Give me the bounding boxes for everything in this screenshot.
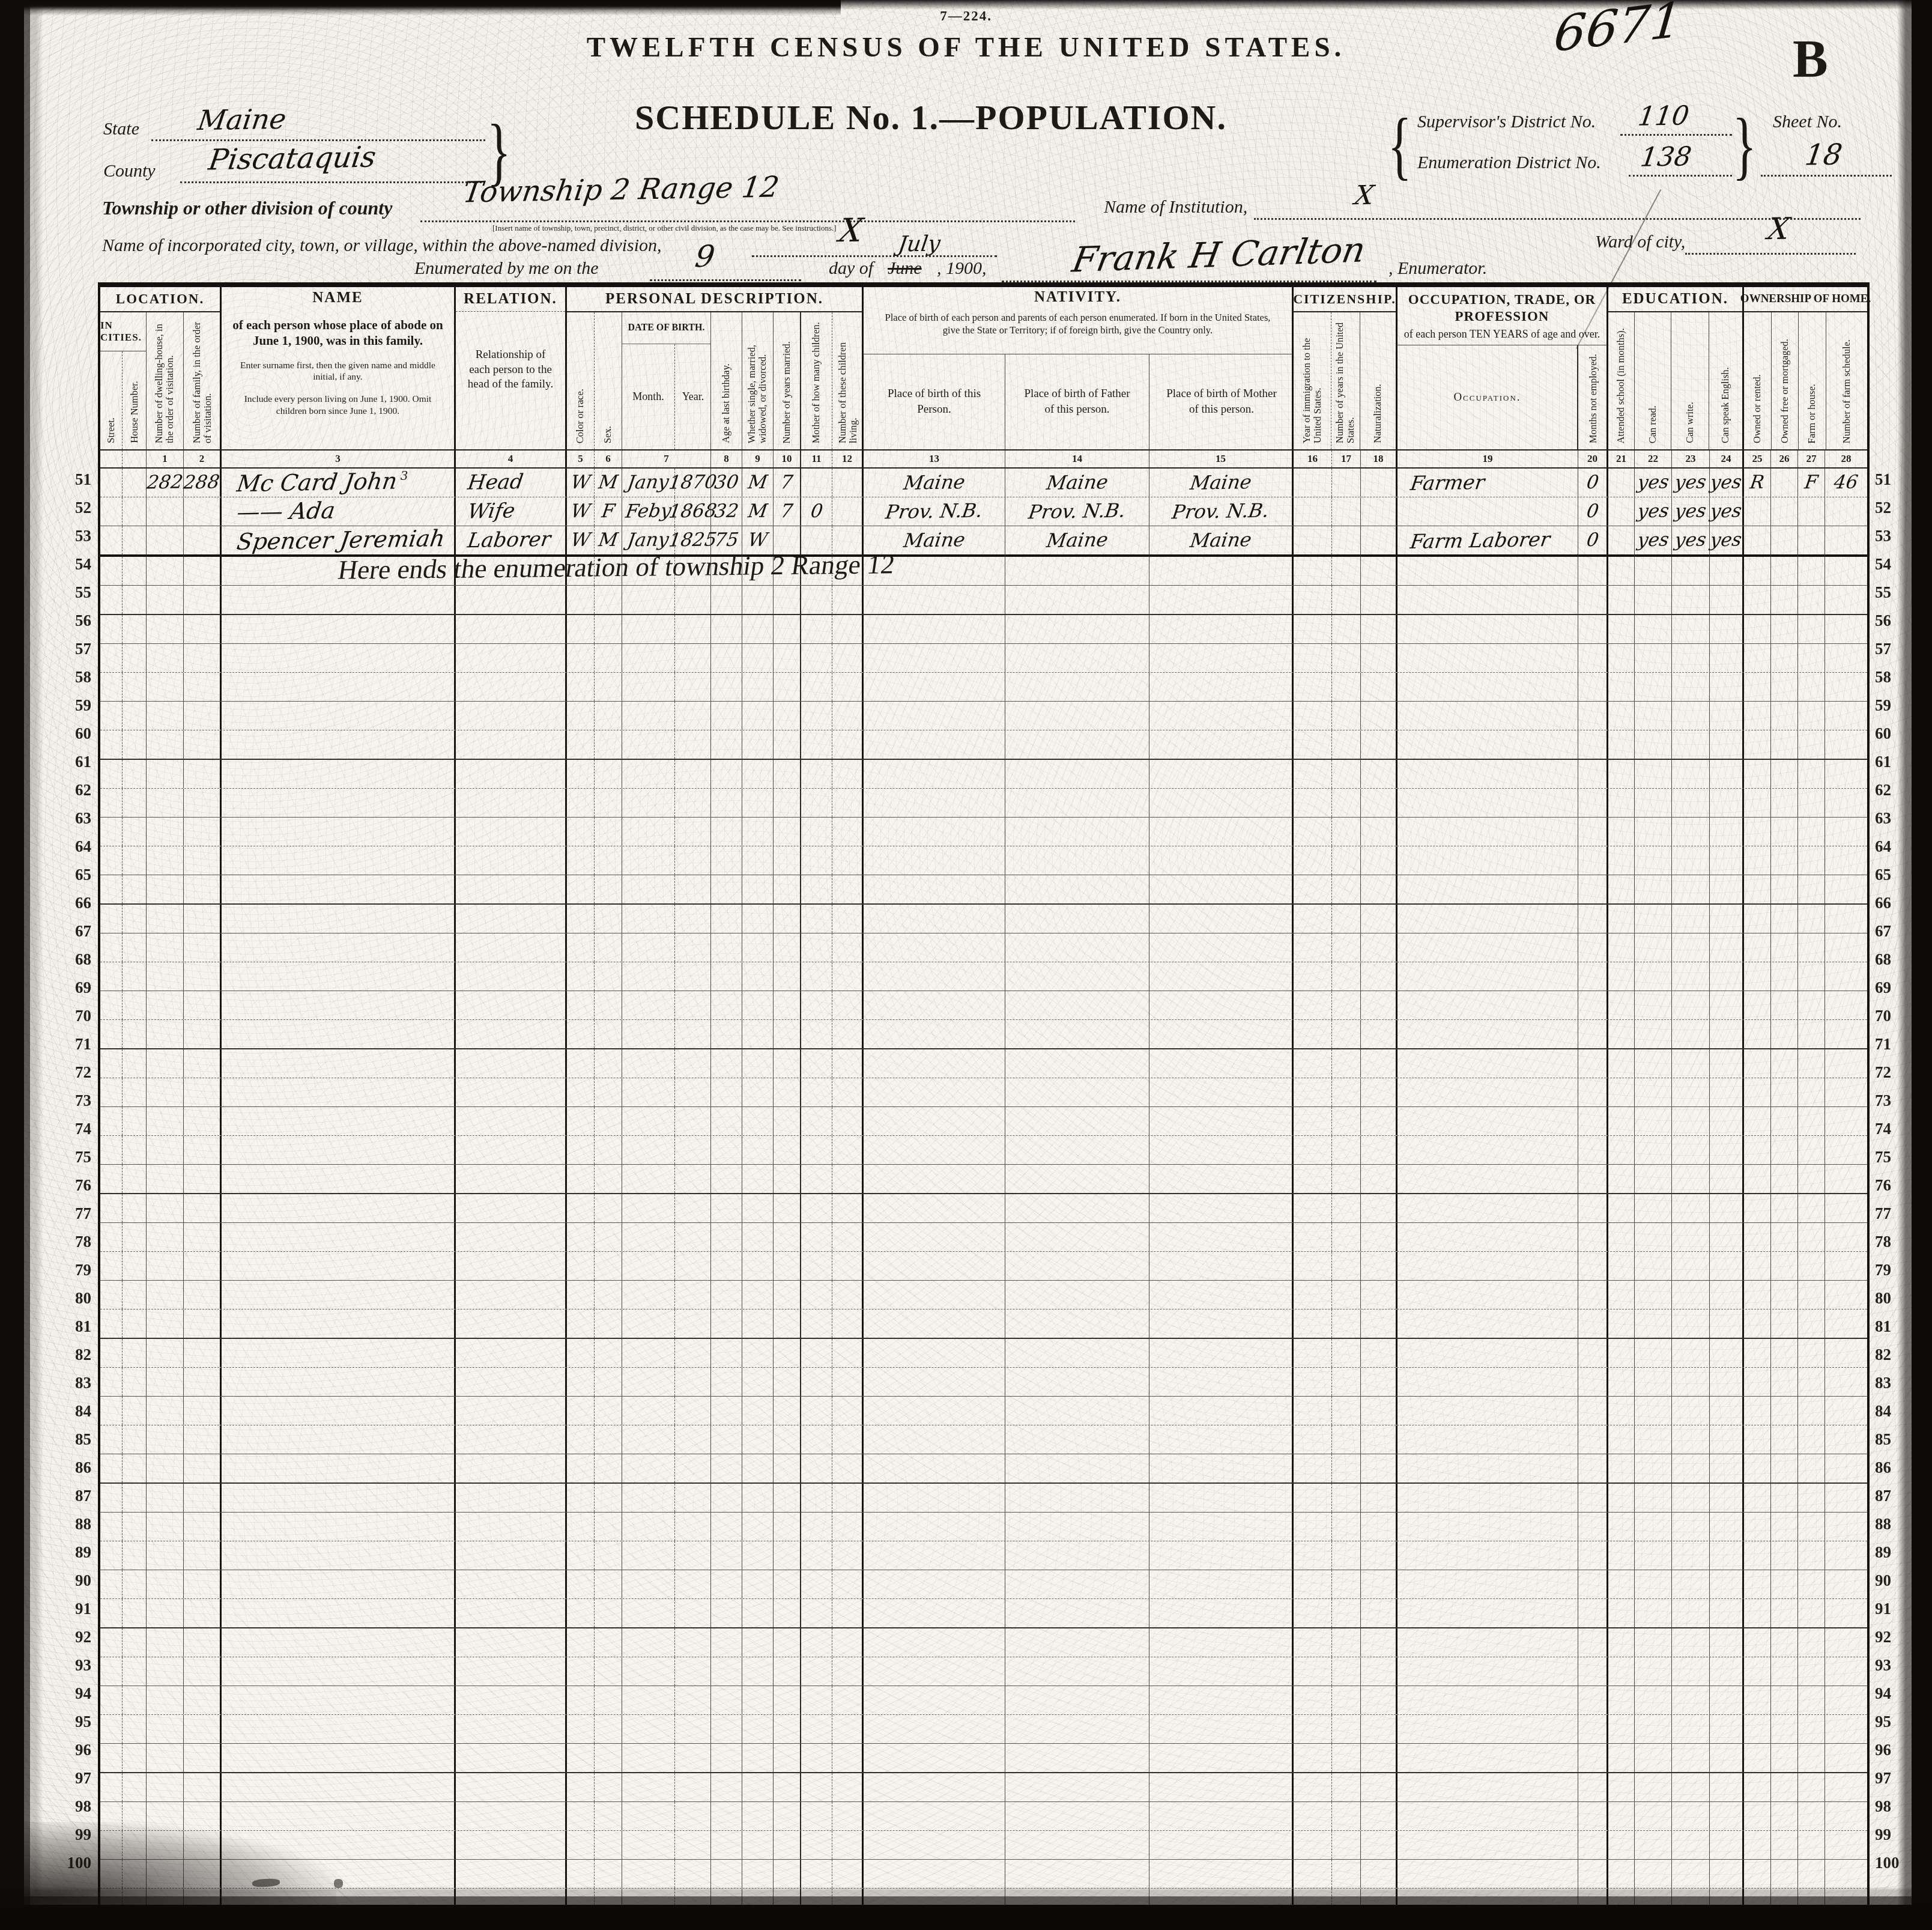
cell-read <box>1635 1136 1672 1164</box>
cell-marital <box>742 846 774 875</box>
line-number: 69 <box>1875 974 1906 1002</box>
table-row <box>100 1802 1867 1831</box>
cell-owned <box>1744 730 1771 759</box>
cell-mortgage <box>1771 1715 1798 1743</box>
line-number: 54 <box>1875 550 1906 578</box>
cell-years_us <box>1332 586 1361 614</box>
col-head-owned-free: Owned free or mortgaged. <box>1772 312 1799 449</box>
cell-name <box>222 1657 456 1686</box>
cell-year <box>675 1889 711 1917</box>
cell-birthplace <box>864 1513 1005 1541</box>
cell-family <box>184 1860 222 1888</box>
table-row <box>100 673 1867 702</box>
line-number: 98 <box>47 1792 91 1821</box>
cell-name <box>222 1454 456 1482</box>
cell-color <box>567 875 595 903</box>
cell-farm_house <box>1798 1252 1825 1280</box>
cell-naturalization <box>1361 1397 1398 1425</box>
cell-sex <box>595 905 622 933</box>
cell-age <box>711 1773 742 1801</box>
cell-family <box>184 1078 222 1106</box>
cell-mortgage <box>1771 1078 1798 1106</box>
location-title: LOCATION. <box>100 287 220 312</box>
col-head-naturalization: Naturalization. <box>1360 312 1396 449</box>
cell-sex <box>595 1657 622 1686</box>
line-number: 67 <box>47 917 91 945</box>
sheet-line <box>1761 174 1892 177</box>
col-head-street: Street. <box>100 351 123 449</box>
cell-years_married <box>774 1454 801 1482</box>
cell-year <box>675 673 711 701</box>
cell-house <box>123 526 147 554</box>
cell-read <box>1635 846 1672 875</box>
line-number: 79 <box>1875 1256 1906 1284</box>
cell-sex <box>595 1368 622 1396</box>
cell-mother_bp <box>1149 1165 1294 1193</box>
cell-owned <box>1744 1078 1771 1106</box>
cell-occupation: Farm Laborer <box>1398 526 1578 554</box>
cell-father_bp <box>1005 1078 1149 1106</box>
line-number: 59 <box>47 691 91 720</box>
cell-occupation <box>1398 1165 1578 1193</box>
cell-year_imm <box>1294 1223 1332 1251</box>
cell-marital <box>742 1657 774 1686</box>
col-head-family: Number of family, in the order of visita… <box>184 312 222 449</box>
enumerated-day: 9 <box>693 239 717 275</box>
cell-write <box>1672 1802 1710 1830</box>
cell-dwelling <box>147 1599 184 1627</box>
cell-month <box>622 1309 675 1338</box>
cell-owned <box>1744 1281 1771 1309</box>
cell-owned <box>1744 1889 1771 1917</box>
cell-read <box>1635 1049 1672 1078</box>
cell-mother_bp <box>1149 644 1294 672</box>
table-row <box>100 789 1867 818</box>
cell-year <box>675 1223 711 1251</box>
cell-months_not <box>1578 1368 1608 1396</box>
cell-year_imm <box>1294 1744 1332 1772</box>
cell-owned <box>1744 1860 1771 1888</box>
column-number: 11 <box>801 451 832 467</box>
cell-relation <box>456 702 567 730</box>
column-number: 7 <box>622 451 711 467</box>
cell-relation <box>456 1570 567 1598</box>
cell-occupation <box>1398 1484 1578 1512</box>
cell-children <box>801 818 832 846</box>
cell-birthplace <box>864 1541 1005 1570</box>
cell-birthplace <box>864 1020 1005 1048</box>
cell-mortgage <box>1771 557 1798 585</box>
cell-name <box>222 962 456 991</box>
cell-father_bp <box>1005 1368 1149 1396</box>
cell-farm_house: F <box>1798 469 1825 497</box>
cell-father_bp <box>1005 673 1149 701</box>
cell-year <box>675 1281 711 1309</box>
cell-relation <box>456 1773 567 1801</box>
cell-sex <box>595 991 622 1019</box>
cell-mother_bp <box>1149 1541 1294 1570</box>
line-number: 86 <box>47 1454 91 1482</box>
cell-school <box>1608 1339 1635 1367</box>
cell-mother_bp <box>1149 1831 1294 1859</box>
cell-month <box>622 586 675 614</box>
cell-sex <box>595 1599 622 1627</box>
cell-mother_bp <box>1149 1049 1294 1078</box>
cell-street <box>100 1136 123 1164</box>
line-number: 88 <box>1875 1510 1906 1538</box>
cell-street <box>100 1223 123 1251</box>
cell-english <box>1710 1397 1744 1425</box>
cell-farm_house <box>1798 846 1825 875</box>
cell-house <box>123 557 147 585</box>
cell-schedule <box>1825 1049 1867 1078</box>
cell-house <box>123 1570 147 1598</box>
col-head-owned-rented: Owned or rented. <box>1744 312 1772 449</box>
cell-month <box>622 1570 675 1598</box>
table-row <box>100 1281 1867 1309</box>
table-row <box>100 875 1867 905</box>
cell-birthplace <box>864 644 1005 672</box>
cell-write <box>1672 760 1710 788</box>
cell-name <box>222 1715 456 1743</box>
cell-marital <box>742 789 774 817</box>
cell-occupation <box>1398 1744 1578 1772</box>
cell-mother_bp <box>1149 933 1294 962</box>
cell-street <box>100 644 123 672</box>
cell-months_not <box>1578 1136 1608 1164</box>
cell-months_not <box>1578 1802 1608 1830</box>
cell-school <box>1608 1715 1635 1743</box>
cell-owned <box>1744 1397 1771 1425</box>
cell-owned <box>1744 1541 1771 1570</box>
group-nativity: NATIVITY. Place of birth of each person … <box>864 287 1294 449</box>
cell-sex <box>595 1802 622 1830</box>
cell-marital <box>742 1686 774 1714</box>
cell-years_married <box>774 1281 801 1309</box>
cell-write <box>1672 905 1710 933</box>
cell-dwelling <box>147 1686 184 1714</box>
cell-occupation <box>1398 1657 1578 1686</box>
cell-month <box>622 1078 675 1106</box>
cell-children <box>801 1309 832 1338</box>
cell-living <box>832 1309 864 1338</box>
cell-dwelling <box>147 1136 184 1164</box>
cell-house <box>123 1773 147 1801</box>
cell-age <box>711 1802 742 1830</box>
cell-street <box>100 1281 123 1309</box>
cell-school <box>1608 1078 1635 1106</box>
cell-relation <box>456 1628 567 1657</box>
cell-family <box>184 1628 222 1657</box>
cell-year_imm <box>1294 933 1332 962</box>
cell-read <box>1635 644 1672 672</box>
cell-house <box>123 1599 147 1627</box>
cell-month <box>622 1541 675 1570</box>
cell-school <box>1608 1281 1635 1309</box>
cell-year <box>675 1107 711 1135</box>
cell-living <box>832 1513 864 1541</box>
cell-children <box>801 789 832 817</box>
cell-age <box>711 1599 742 1627</box>
cell-school <box>1608 933 1635 962</box>
cell-house <box>123 730 147 759</box>
cell-years_us <box>1332 1513 1361 1541</box>
cell-mother_bp <box>1149 1484 1294 1512</box>
cell-children <box>801 1686 832 1714</box>
cell-children <box>801 673 832 701</box>
cell-sex <box>595 1831 622 1859</box>
cell-schedule <box>1825 1281 1867 1309</box>
cell-color <box>567 1570 595 1598</box>
cell-farm_house <box>1798 1194 1825 1222</box>
col-head-color: Color or race. <box>567 312 595 449</box>
cell-relation <box>456 1831 567 1859</box>
cell-family <box>184 962 222 991</box>
cell-write <box>1672 702 1710 730</box>
cell-naturalization <box>1361 933 1398 962</box>
cell-months_not <box>1578 1541 1608 1570</box>
cell-living <box>832 1165 864 1193</box>
cell-dwelling <box>147 789 184 817</box>
cell-schedule <box>1825 702 1867 730</box>
cell-years_married <box>774 1049 801 1078</box>
cell-months_not <box>1578 1165 1608 1193</box>
cell-marital <box>742 1252 774 1280</box>
cell-birthplace <box>864 962 1005 991</box>
cell-write <box>1672 1628 1710 1657</box>
table-row <box>100 1715 1867 1744</box>
cell-color <box>567 933 595 962</box>
cell-age <box>711 1107 742 1135</box>
cell-naturalization <box>1361 1165 1398 1193</box>
cell-father_bp <box>1005 818 1149 846</box>
cell-color <box>567 1165 595 1193</box>
cell-father_bp <box>1005 1425 1149 1454</box>
col-head-father-birthplace: Place of birth of Father of this person. <box>1005 354 1149 449</box>
line-number: 95 <box>1875 1708 1906 1736</box>
enumerator-label: , Enumerator. <box>1388 258 1487 279</box>
column-number: 6 <box>595 451 622 467</box>
cell-name <box>222 1744 456 1772</box>
cell-years_married <box>774 1020 801 1048</box>
cell-father_bp <box>1005 1136 1149 1164</box>
cell-age <box>711 1223 742 1251</box>
cell-sex <box>595 1773 622 1801</box>
table-row <box>100 586 1867 615</box>
cell-english <box>1710 760 1744 788</box>
cell-schedule <box>1825 1223 1867 1251</box>
cell-birthplace <box>864 1252 1005 1280</box>
cell-naturalization <box>1361 1802 1398 1830</box>
line-number: 57 <box>47 635 91 663</box>
cell-schedule <box>1825 1744 1867 1772</box>
cell-mother_bp <box>1149 1368 1294 1396</box>
cell-naturalization <box>1361 818 1398 846</box>
cell-mortgage <box>1771 469 1798 497</box>
dob-title: DATE OF BIRTH. <box>622 312 710 344</box>
cell-schedule <box>1825 1136 1867 1164</box>
cell-months_not <box>1578 1194 1608 1222</box>
cell-age <box>711 962 742 991</box>
cell-house <box>123 1715 147 1743</box>
column-number: 10 <box>774 451 801 467</box>
cell-school <box>1608 730 1635 759</box>
ward-line <box>1685 252 1856 255</box>
cell-years_married <box>774 1425 801 1454</box>
cell-relation <box>456 730 567 759</box>
cell-year_imm <box>1294 1831 1332 1859</box>
cell-sex <box>595 789 622 817</box>
cell-english <box>1710 1136 1744 1164</box>
line-number: 91 <box>1875 1595 1906 1623</box>
cell-age <box>711 1049 742 1078</box>
cell-english <box>1710 1223 1744 1251</box>
cell-years_married <box>774 1165 801 1193</box>
cell-years_married <box>774 1860 801 1888</box>
cell-month <box>622 1484 675 1512</box>
cell-living <box>832 1744 864 1772</box>
line-number: 93 <box>1875 1651 1906 1680</box>
line-number: 75 <box>1875 1143 1906 1171</box>
cell-months_not <box>1578 1657 1608 1686</box>
cell-write <box>1672 1570 1710 1598</box>
cell-children <box>801 1570 832 1598</box>
cell-year <box>675 789 711 817</box>
line-number: 71 <box>1875 1030 1906 1058</box>
name-main-text: of each person whose place of abode on J… <box>231 317 444 349</box>
cell-year <box>675 962 711 991</box>
cell-farm_house <box>1798 991 1825 1019</box>
line-number: 77 <box>47 1200 91 1228</box>
cell-year <box>675 1657 711 1686</box>
cell-year <box>675 1802 711 1830</box>
cell-color <box>567 586 595 614</box>
cell-mortgage <box>1771 1628 1798 1657</box>
cell-months_not <box>1578 991 1608 1019</box>
column-number: 26 <box>1771 451 1798 467</box>
cell-naturalization <box>1361 673 1398 701</box>
cell-street <box>100 1570 123 1598</box>
cell-color <box>567 1397 595 1425</box>
col-head-years-married: Number of years married. <box>774 312 801 449</box>
cell-children <box>801 1194 832 1222</box>
line-number: 88 <box>47 1510 91 1538</box>
column-number: 3 <box>222 451 456 467</box>
cell-sex <box>595 875 622 903</box>
cell-farm_house <box>1798 644 1825 672</box>
cell-house <box>123 846 147 875</box>
cell-relation <box>456 962 567 991</box>
table-row <box>100 615 1867 644</box>
cell-years_us <box>1332 702 1361 730</box>
cell-family <box>184 1513 222 1541</box>
cell-english <box>1710 1020 1744 1048</box>
cell-birthplace <box>864 846 1005 875</box>
cell-father_bp <box>1005 1397 1149 1425</box>
cell-children <box>801 1425 832 1454</box>
cell-children <box>801 1454 832 1482</box>
col-head-can-read: Can read. <box>1635 312 1671 449</box>
cell-farm_house <box>1798 1309 1825 1338</box>
cell-age <box>711 1889 742 1917</box>
cell-living <box>832 586 864 614</box>
cell-english <box>1710 673 1744 701</box>
cell-mortgage <box>1771 1107 1798 1135</box>
cell-school <box>1608 1136 1635 1164</box>
line-number: 73 <box>47 1087 91 1115</box>
col-head-immigration-year: Year of immigration to the United States… <box>1294 312 1331 449</box>
cell-occupation <box>1398 1020 1578 1048</box>
cell-birthplace <box>864 1165 1005 1193</box>
cell-street <box>100 1049 123 1078</box>
cell-color <box>567 1802 595 1830</box>
cell-father_bp <box>1005 557 1149 585</box>
cell-naturalization <box>1361 1541 1398 1570</box>
line-number: 89 <box>1875 1538 1906 1567</box>
cell-living <box>832 875 864 903</box>
cell-english <box>1710 1281 1744 1309</box>
cell-write <box>1672 991 1710 1019</box>
cell-year_imm <box>1294 1686 1332 1714</box>
cell-years_married <box>774 1194 801 1222</box>
cell-schedule <box>1825 1020 1867 1048</box>
cell-schedule <box>1825 1773 1867 1801</box>
cell-mother_bp <box>1149 760 1294 788</box>
cell-farm_house <box>1798 1223 1825 1251</box>
cell-farm_house <box>1798 586 1825 614</box>
cell-school <box>1608 905 1635 933</box>
cell-age <box>711 1078 742 1106</box>
cell-relation <box>456 1860 567 1888</box>
cell-age <box>711 673 742 701</box>
cell-occupation <box>1398 1107 1578 1135</box>
cell-years_us <box>1332 1165 1361 1193</box>
cell-mother_bp <box>1149 615 1294 643</box>
cell-occupation <box>1398 1194 1578 1222</box>
cell-birthplace <box>864 1686 1005 1714</box>
cell-street <box>100 1599 123 1627</box>
cell-naturalization <box>1361 730 1398 759</box>
cell-dwelling <box>147 1020 184 1048</box>
cell-months_not <box>1578 905 1608 933</box>
cell-sex <box>595 760 622 788</box>
cell-farm_house <box>1798 1425 1825 1454</box>
cell-english <box>1710 1339 1744 1367</box>
cell-children <box>801 469 832 497</box>
cell-sex <box>595 1570 622 1598</box>
cell-children <box>801 1049 832 1078</box>
cell-relation <box>456 615 567 643</box>
cell-schedule <box>1825 991 1867 1019</box>
cell-children <box>801 644 832 672</box>
cell-english <box>1710 1368 1744 1396</box>
cell-sex <box>595 1454 622 1482</box>
cell-house <box>123 933 147 962</box>
cell-mother_bp <box>1149 1889 1294 1917</box>
cell-name <box>222 933 456 962</box>
cell-street <box>100 1484 123 1512</box>
cell-farm_house <box>1798 1889 1825 1917</box>
cell-owned <box>1744 991 1771 1019</box>
line-number: 67 <box>1875 917 1906 945</box>
cell-birthplace <box>864 1860 1005 1888</box>
cell-age <box>711 1484 742 1512</box>
table-row <box>100 1889 1867 1918</box>
cell-school <box>1608 469 1635 497</box>
cell-dwelling <box>147 644 184 672</box>
cell-naturalization <box>1361 1049 1398 1078</box>
col-head-month: Month. <box>622 344 675 449</box>
